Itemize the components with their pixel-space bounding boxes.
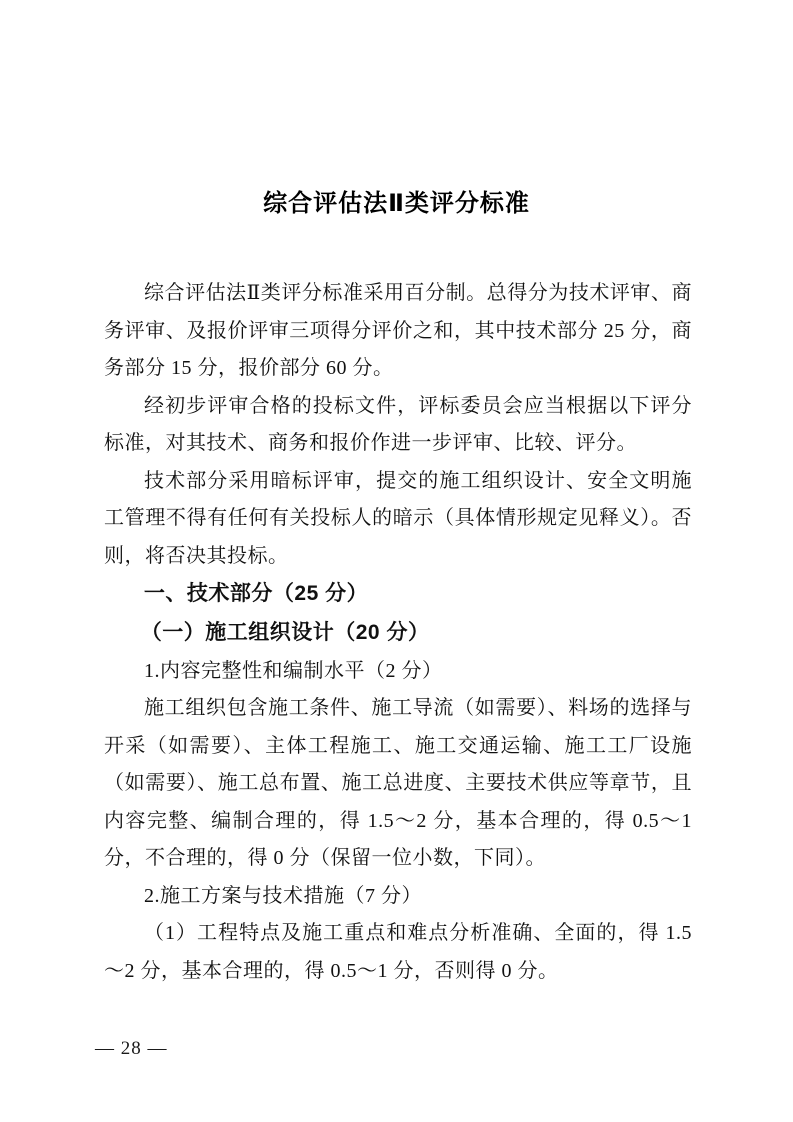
document-body: 综合评估法Ⅱ类评分标准采用百分制。总得分为技术评审、商务评审、及报价评审三项得分… bbox=[0, 275, 793, 990]
paragraph-preliminary-review: 经初步评审合格的投标文件，评标委员会应当根据以下评分标准，对其技术、商务和报价作… bbox=[104, 388, 692, 463]
paragraph-blind-review: 技术部分采用暗标评审，提交的施工组织设计、安全文明施工管理不得有任何有关投标人的… bbox=[104, 463, 692, 576]
heading-construction-organization-design: （一）施工组织设计（20 分） bbox=[104, 613, 692, 653]
item-content-completeness: 1.内容完整性和编制水平（2 分） bbox=[104, 653, 692, 691]
heading-technical-part: 一、技术部分（25 分） bbox=[104, 575, 692, 613]
paragraph-intro-scoring: 综合评估法Ⅱ类评分标准采用百分制。总得分为技术评审、商务评审、及报价评审三项得分… bbox=[104, 275, 692, 388]
footer-page-number: — 28 — bbox=[95, 1038, 168, 1060]
item-construction-scheme: 2.施工方案与技术措施（7 分） bbox=[104, 878, 692, 916]
paragraph-construction-organization-detail: 施工组织包含施工条件、施工导流（如需要）、料场的选择与开采（如需要）、主体工程施… bbox=[104, 690, 692, 878]
document-title: 综合评估法Ⅱ类评分标准 bbox=[0, 0, 793, 218]
paragraph-project-characteristics: （1）工程特点及施工重点和难点分析准确、全面的，得 1.5～2 分，基本合理的，… bbox=[104, 915, 692, 990]
document-page: 综合评估法Ⅱ类评分标准 综合评估法Ⅱ类评分标准采用百分制。总得分为技术评审、商务… bbox=[0, 0, 793, 1122]
